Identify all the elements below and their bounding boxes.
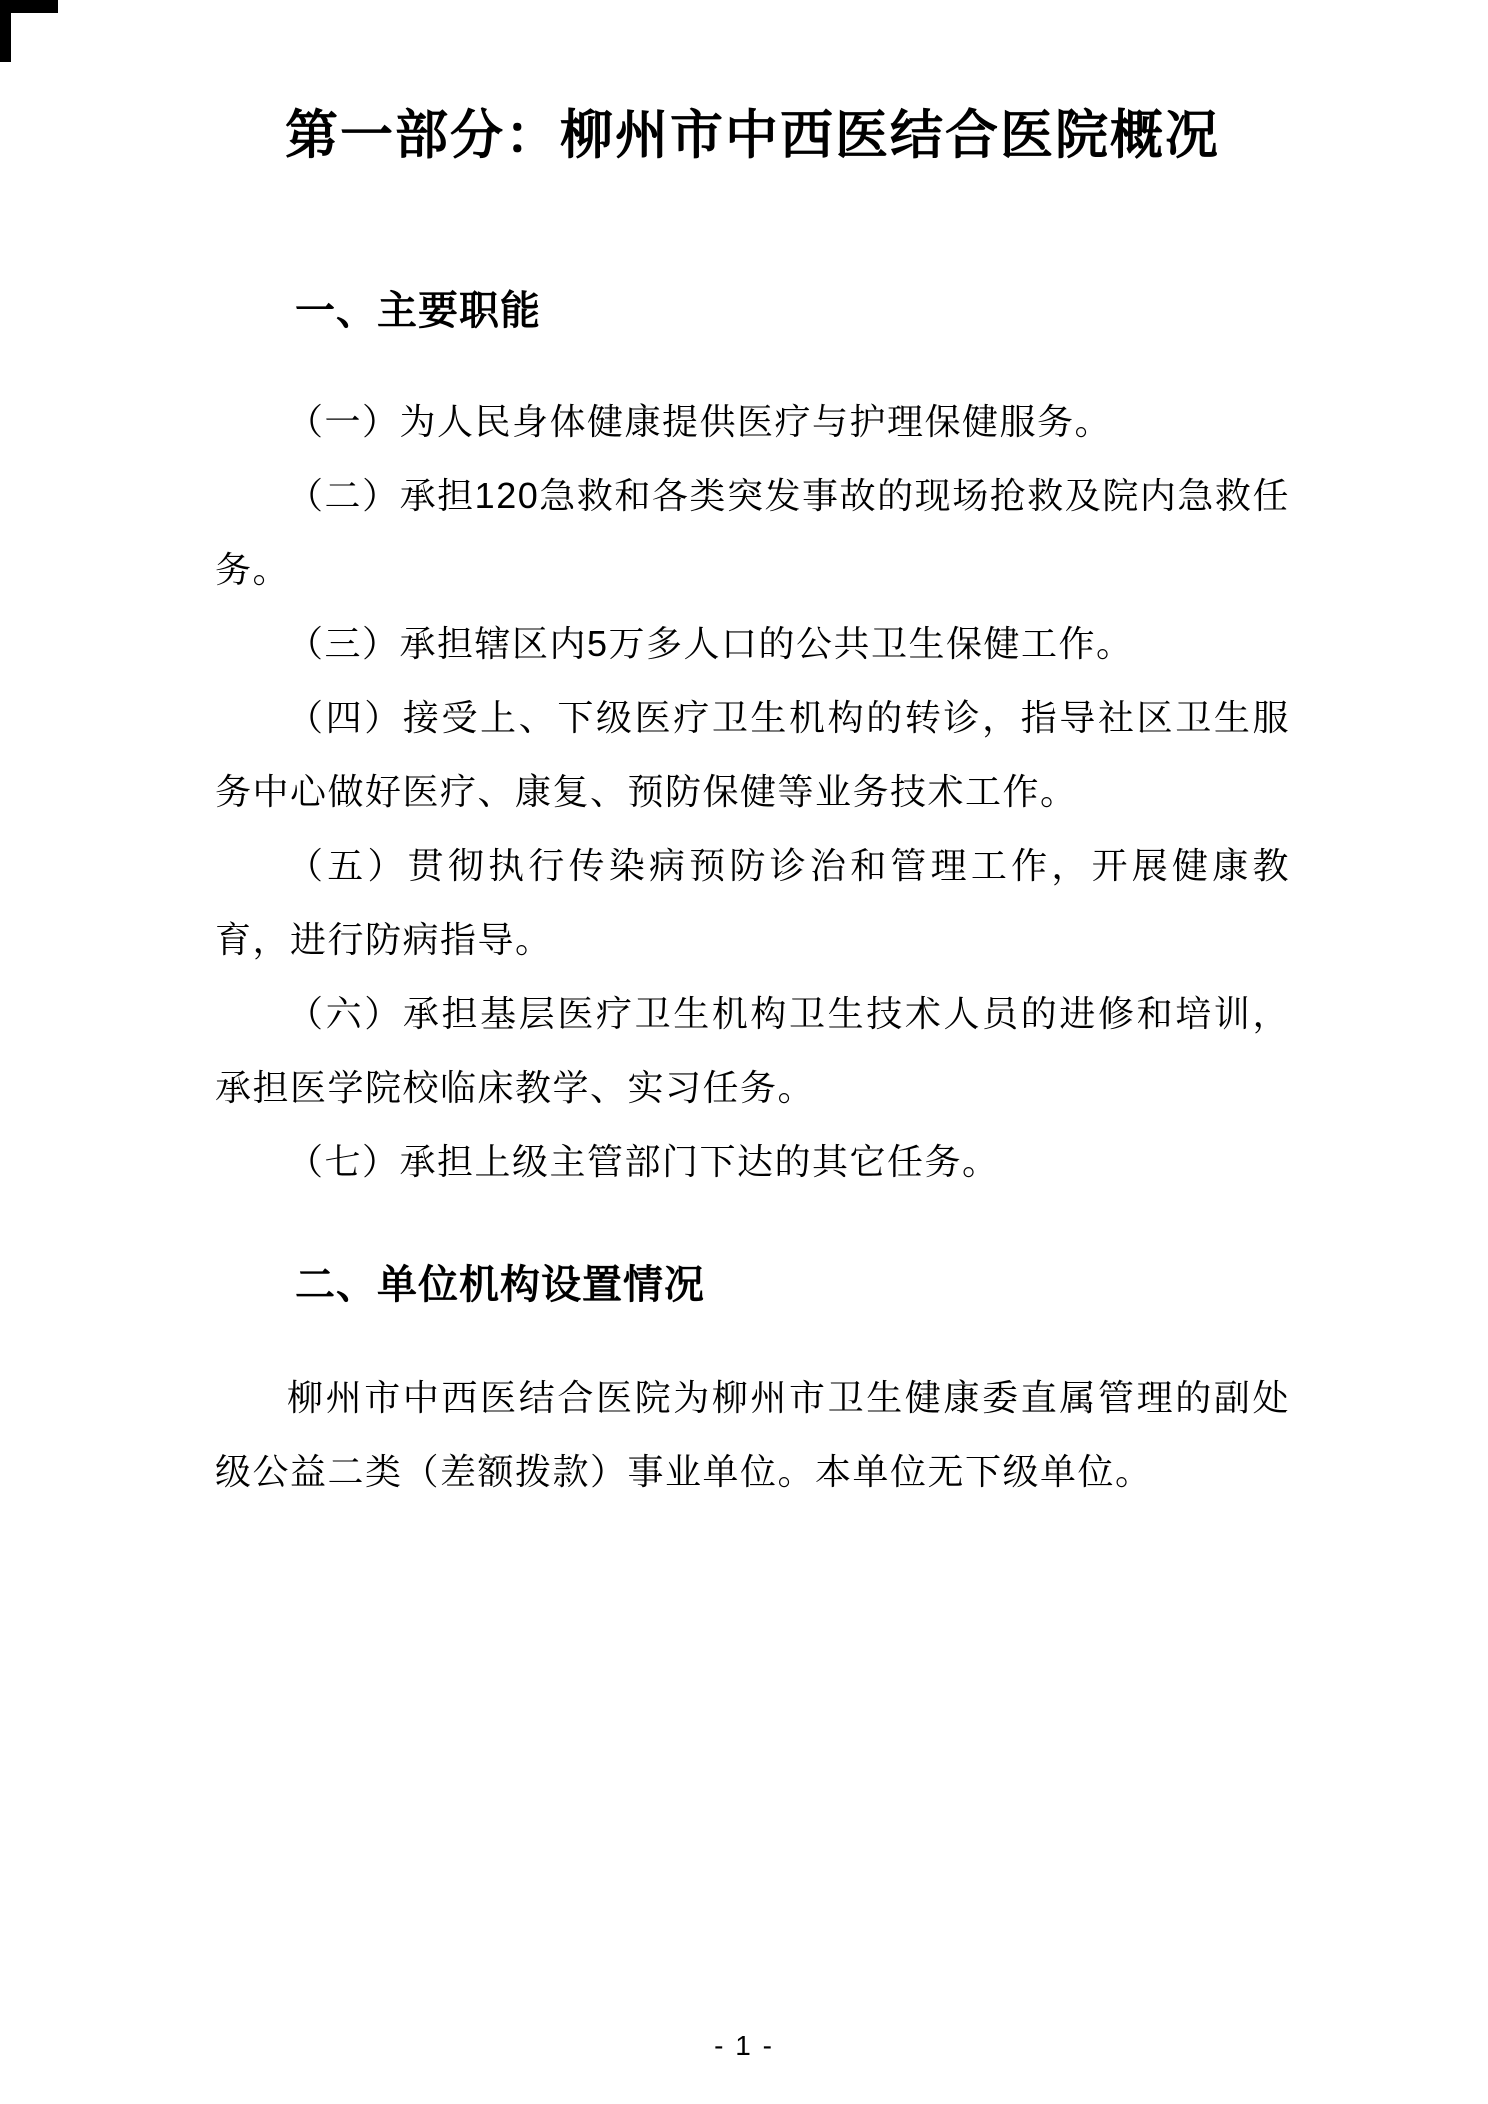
paragraph-function-7: （七）承担上级主管部门下达的其它任务。 (215, 1125, 1290, 1199)
document-page: 第一部分：柳州市中西医结合医院概况 一、主要职能 （一）为人民身体健康提供医疗与… (0, 0, 1488, 2104)
section-main-functions: 一、主要职能 （一）为人民身体健康提供医疗与护理保健服务。 （二）承担120急救… (215, 287, 1290, 1199)
paragraph-function-1: （一）为人民身体健康提供医疗与护理保健服务。 (215, 385, 1290, 459)
paragraph-org-structure: 柳州市中西医结合医院为柳州市卫生健康委直属管理的副处级公益二类（差额拨款）事业单… (215, 1361, 1290, 1509)
section-heading-org-structure: 二、单位机构设置情况 (215, 1261, 1290, 1309)
paragraph-function-6: （六）承担基层医疗卫生机构卫生技术人员的进修和培训，承担医学院校临床教学、实习任… (215, 977, 1290, 1125)
page-number: - 1 - (0, 2030, 1488, 2062)
paragraph-function-3: （三）承担辖区内5万多人口的公共卫生保健工作。 (215, 607, 1290, 681)
section-heading-main-functions: 一、主要职能 (215, 287, 1290, 335)
document-title: 第一部分：柳州市中西医结合医院概况 (155, 103, 1350, 169)
scan-artifact-corner-vertical (0, 0, 11, 62)
paragraph-function-2: （二）承担120急救和各类突发事故的现场抢救及院内急救任务。 (215, 459, 1290, 607)
paragraph-function-4: （四）接受上、下级医疗卫生机构的转诊，指导社区卫生服务中心做好医疗、康复、预防保… (215, 681, 1290, 829)
paragraph-function-5: （五）贯彻执行传染病预防诊治和管理工作，开展健康教育，进行防病指导。 (215, 829, 1290, 977)
section-org-structure: 二、单位机构设置情况 柳州市中西医结合医院为柳州市卫生健康委直属管理的副处级公益… (215, 1261, 1290, 1509)
